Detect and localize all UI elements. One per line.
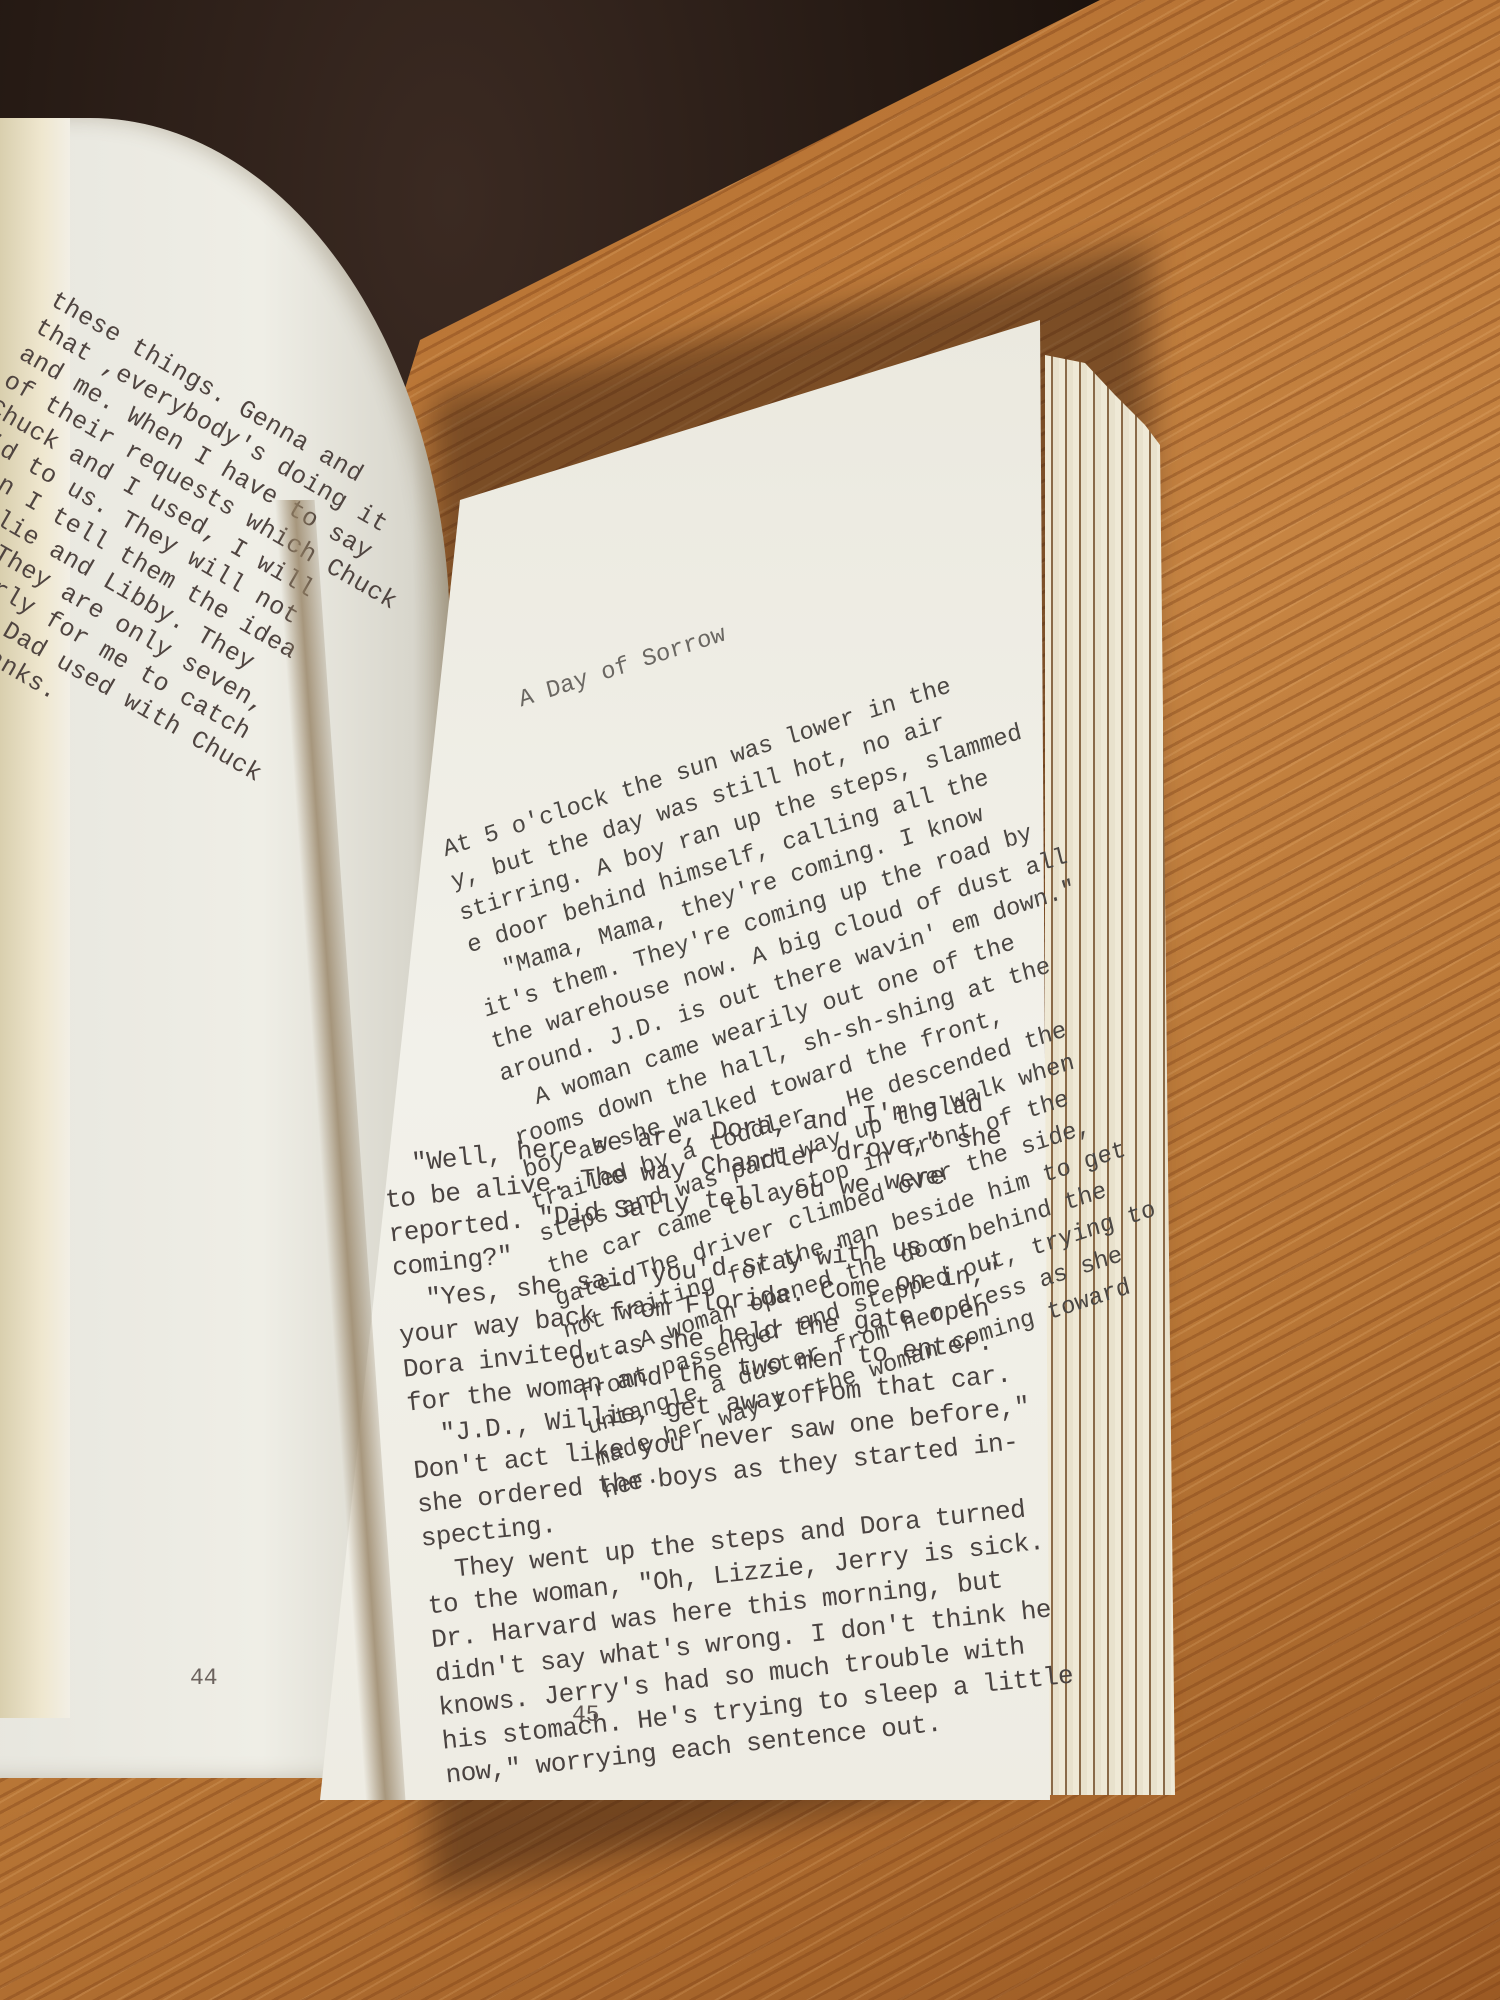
page-number-left: 44 bbox=[190, 1665, 218, 1691]
page-number-right: 45 bbox=[572, 1702, 600, 1728]
right-page-lower-text: "Well, here we are, Dora, and I'm gladto… bbox=[380, 1085, 1064, 1792]
